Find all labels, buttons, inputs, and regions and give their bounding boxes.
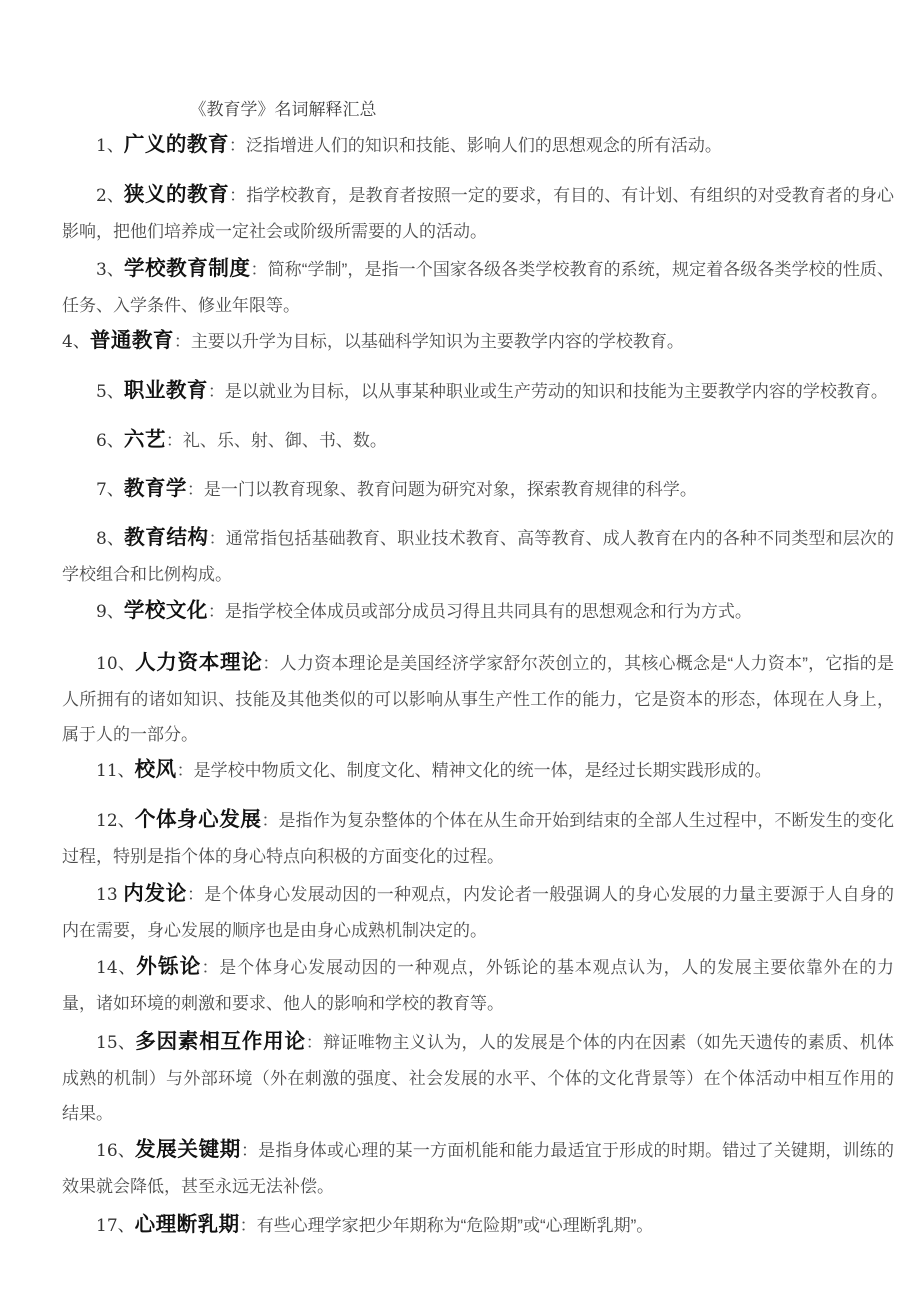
term-item-9: 9、学校文化：是指学校全体成员或部分成员习得且共同具有的思想观念和行为方式。 [62, 593, 894, 630]
term-definition: ：是以就业为目标，以从事某种职业或生产劳动的知识和技能为主要教学内容的学校教育。 [208, 382, 888, 401]
term-definition: ：泛指增进人们的知识和技能、影响人们的思想观念的所有活动。 [229, 136, 722, 155]
term-definition: ：是个体身心发展动因的一种观点，内发论者一般强调人的身心发展的力量主要源于人自身… [62, 885, 894, 940]
term-definition: ：是指学校全体成员或部分成员习得且共同具有的思想观念和行为方式。 [208, 602, 752, 621]
term-item-8: 8、教育结构：通常指包括基础教育、职业技术教育、高等教育、成人教育在内的各种不同… [62, 520, 894, 592]
item-number: 14、 [96, 958, 136, 978]
term-item-13: 13 内发论：是个体身心发展动因的一种观点，内发论者一般强调人的身心发展的力量主… [62, 876, 894, 948]
term-name: 六艺 [124, 428, 166, 451]
term-name: 普通教育 [90, 329, 174, 352]
item-number: 12、 [96, 811, 135, 831]
item-number: 10、 [96, 654, 135, 674]
term-item-12: 12、个体身心发展：是指作为复杂整体的个体在从生命开始到结束的全部人生过程中，不… [62, 802, 894, 874]
term-name: 外铄论 [136, 955, 201, 978]
item-number: 3、 [96, 260, 124, 280]
term-name: 学校教育制度 [124, 257, 251, 280]
item-number: 9、 [96, 602, 124, 622]
item-number: 16、 [96, 1141, 135, 1161]
term-item-10: 10、人力资本理论：人力资本理论是美国经济学家舒尔茨创立的，其核心概念是“人力资… [62, 645, 894, 752]
term-item-3: 3、学校教育制度：简称“学制”，是指一个国家各级各类学校教育的系统，规定着各级各… [62, 251, 894, 323]
term-item-4: 4、普通教育：主要以升学为目标，以基础科学知识为主要教学内容的学校教育。 [62, 323, 894, 360]
item-number: 1、 [96, 136, 124, 156]
document-page: 《教育学》名词解释汇总 1、广义的教育：泛指增进人们的知识和技能、影响人们的思想… [0, 0, 920, 1302]
item-number: 6、 [96, 431, 124, 451]
item-number: 13 [96, 885, 123, 905]
document-title: 《教育学》名词解释汇总 [62, 92, 894, 127]
term-item-5: 5、职业教育：是以就业为目标，以从事某种职业或生产劳动的知识和技能为主要教学内容… [62, 373, 894, 410]
term-name: 个体身心发展 [135, 808, 262, 831]
item-number: 8、 [96, 529, 124, 549]
term-name: 教育结构 [124, 526, 209, 549]
term-name: 学校文化 [124, 599, 208, 622]
item-number: 7、 [96, 480, 124, 500]
term-item-17: 17、心理断乳期：有些心理学家把少年期称为“危险期”或“心理断乳期”。 [62, 1207, 894, 1244]
term-name: 人力资本理论 [135, 651, 262, 674]
term-definition: ：有些心理学家把少年期称为“危险期”或“心理断乳期”。 [240, 1216, 654, 1235]
term-name: 多因素相互作用论 [135, 1030, 306, 1053]
term-definition: ：礼、乐、射、御、书、数。 [166, 431, 387, 450]
term-definition: ：是一门以教育现象、教育问题为研究对象，探索教育规律的科学。 [187, 480, 697, 499]
term-name: 广义的教育 [124, 133, 229, 156]
term-name: 校风 [135, 758, 177, 781]
term-item-11: 11、校风：是学校中物质文化、制度文化、精神文化的统一体，是经过长期实践形成的。 [62, 752, 894, 789]
term-item-14: 14、外铄论：是个体身心发展动因的一种观点，外铄论的基本观点认为，人的发展主要依… [62, 949, 894, 1021]
term-name: 内发论 [123, 882, 187, 905]
term-item-7: 7、教育学：是一门以教育现象、教育问题为研究对象，探索教育规律的科学。 [62, 471, 894, 508]
term-name: 发展关键期 [135, 1138, 241, 1161]
term-item-6: 6、六艺：礼、乐、射、御、书、数。 [62, 422, 894, 459]
term-name: 教育学 [124, 477, 187, 500]
term-item-15: 15、多因素相互作用论：辩证唯物主义认为，人的发展是个体的内在因素（如先天遗传的… [62, 1024, 894, 1131]
term-item-2: 2、狭义的教育：指学校教育，是教育者按照一定的要求，有目的、有计划、有组织的对受… [62, 177, 894, 249]
term-name: 狭义的教育 [124, 183, 229, 206]
item-number: 17、 [96, 1216, 135, 1236]
item-number: 15、 [96, 1033, 135, 1053]
item-number: 4、 [62, 332, 90, 352]
term-item-1: 1、广义的教育：泛指增进人们的知识和技能、影响人们的思想观念的所有活动。 [62, 127, 894, 164]
item-number: 5、 [96, 382, 124, 402]
item-number: 11、 [96, 761, 135, 781]
term-name: 职业教育 [124, 379, 208, 402]
term-item-16: 16、发展关键期：是指身体或心理的某一方面机能和能力最适宜于形成的时期。错过了关… [62, 1132, 894, 1204]
term-definition: ：是学校中物质文化、制度文化、精神文化的统一体，是经过长期实践形成的。 [177, 761, 772, 780]
term-name: 心理断乳期 [135, 1213, 240, 1236]
term-definition: ：主要以升学为目标，以基础科学知识为主要教学内容的学校教育。 [174, 332, 684, 351]
item-number: 2、 [96, 186, 124, 206]
